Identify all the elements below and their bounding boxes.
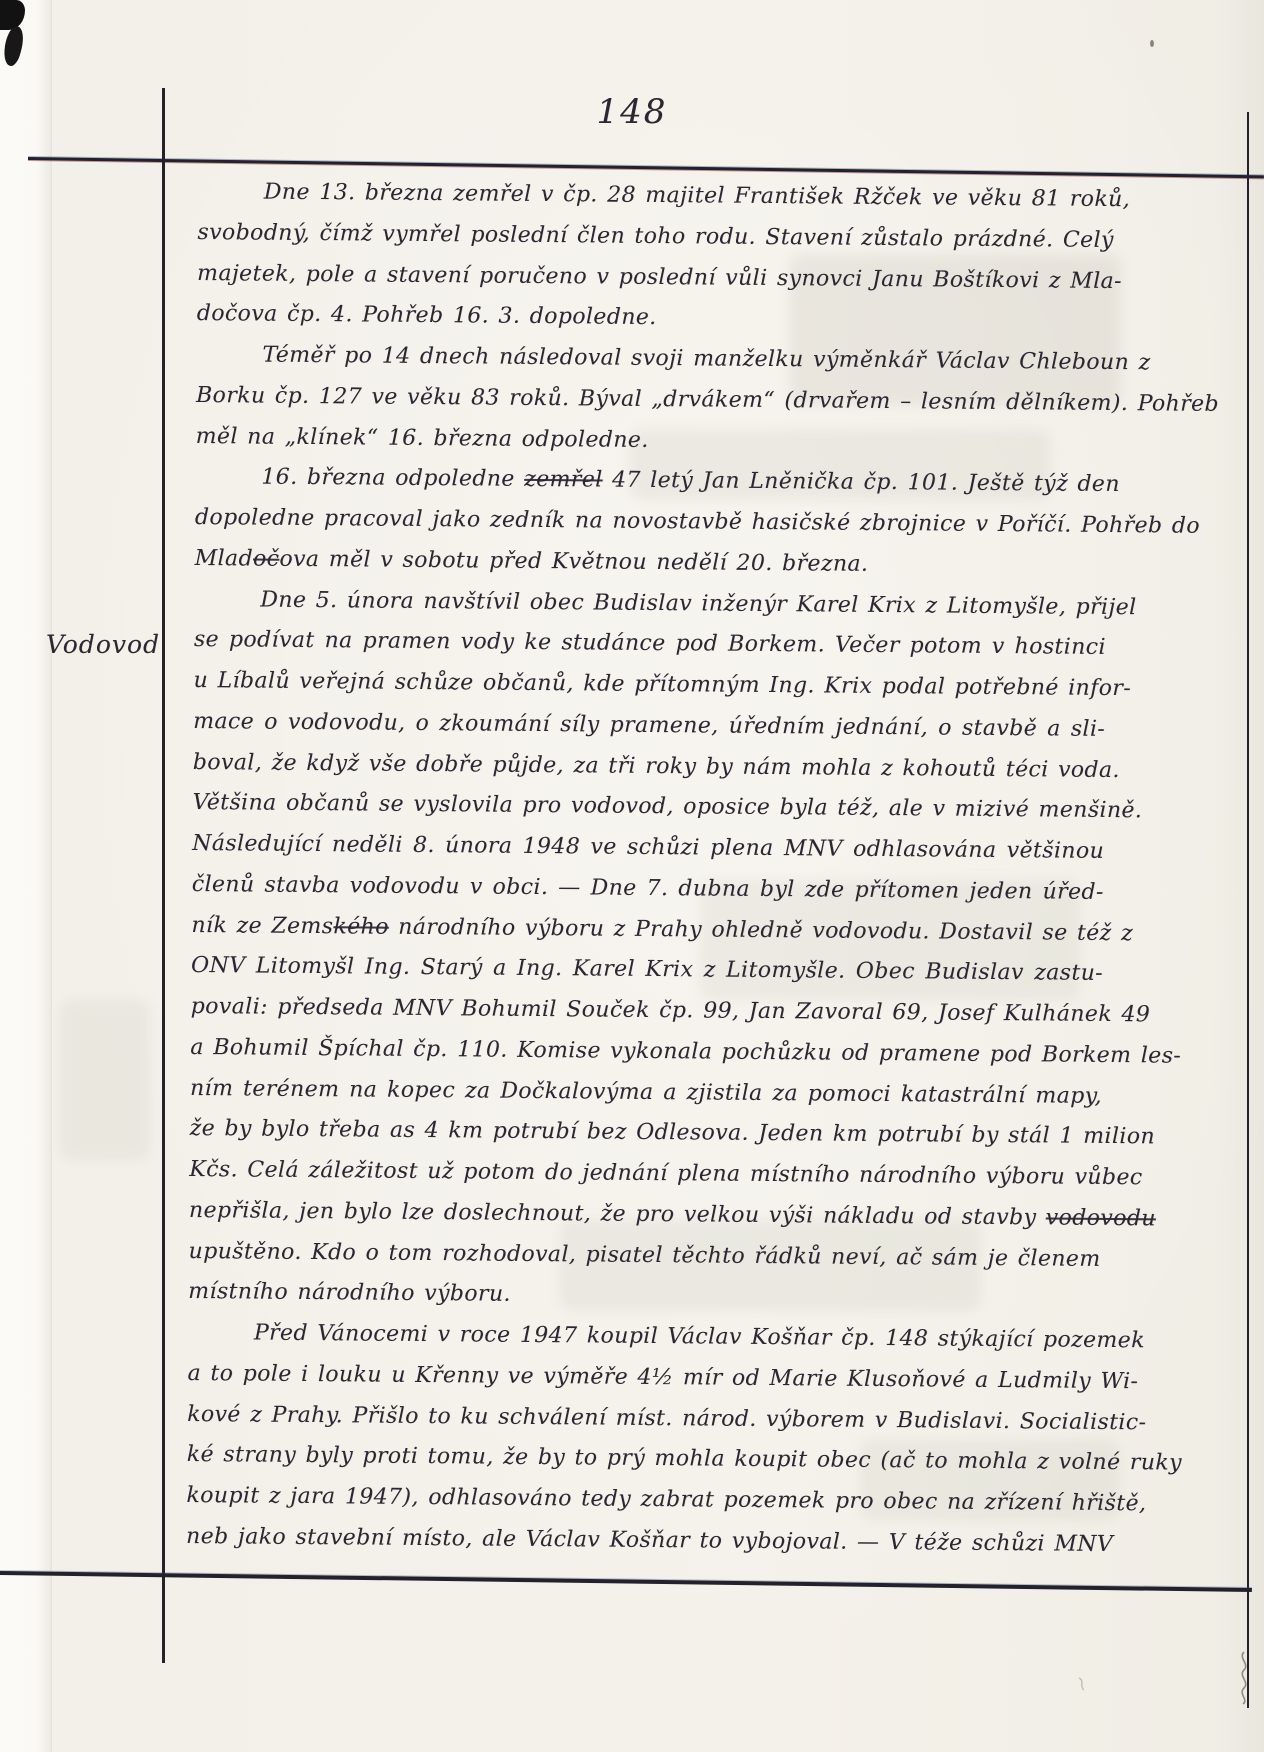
scanner-edge-strip (0, 0, 52, 1752)
scan-artifact (1150, 40, 1154, 47)
handwritten-line: Borku čp. 127 ve věku 83 roků. Býval „dr… (196, 376, 1108, 425)
pencil-squiggle (1236, 1650, 1252, 1706)
struck-word: zemřel (524, 467, 603, 493)
handwritten-line: neb jako stavební místo, ale Václav Košň… (186, 1517, 1098, 1566)
pencil-mark (1076, 1676, 1088, 1692)
handwritten-line: svobodný, čímž vymřel poslední člen toho… (197, 213, 1109, 262)
handwritten-line: mace o vodovodu, o zkoumání síly pramene… (193, 702, 1105, 751)
right-margin-rule (1247, 112, 1249, 1708)
page-number: 148 (0, 92, 1264, 142)
margin-note: Vodovod (46, 630, 160, 659)
struck-word: vodovodu (1046, 1205, 1156, 1231)
handwritten-line: nepřišla, jen bylo lze doslechnout, že p… (189, 1191, 1101, 1240)
bleed-through-smudge (60, 1000, 150, 1160)
handwritten-line: a to pole i louku u Křenny ve výměře 4½ … (187, 1354, 1099, 1403)
handwriting-block: Dne 13. března zemřel v čp. 28 majitel F… (186, 172, 1110, 1565)
struck-word: oč (253, 546, 280, 571)
handwritten-line: členů stavba vodovodu v obci. — Dne 7. d… (192, 865, 1104, 914)
handwritten-line: Mladočova měl v sobotu před Květnou nedě… (194, 539, 1106, 588)
left-margin-rule (162, 88, 165, 1663)
struck-word: kého (333, 914, 389, 939)
handwritten-line: a Bohumil Špíchal čp. 110. Komise vykona… (190, 1028, 1102, 1077)
